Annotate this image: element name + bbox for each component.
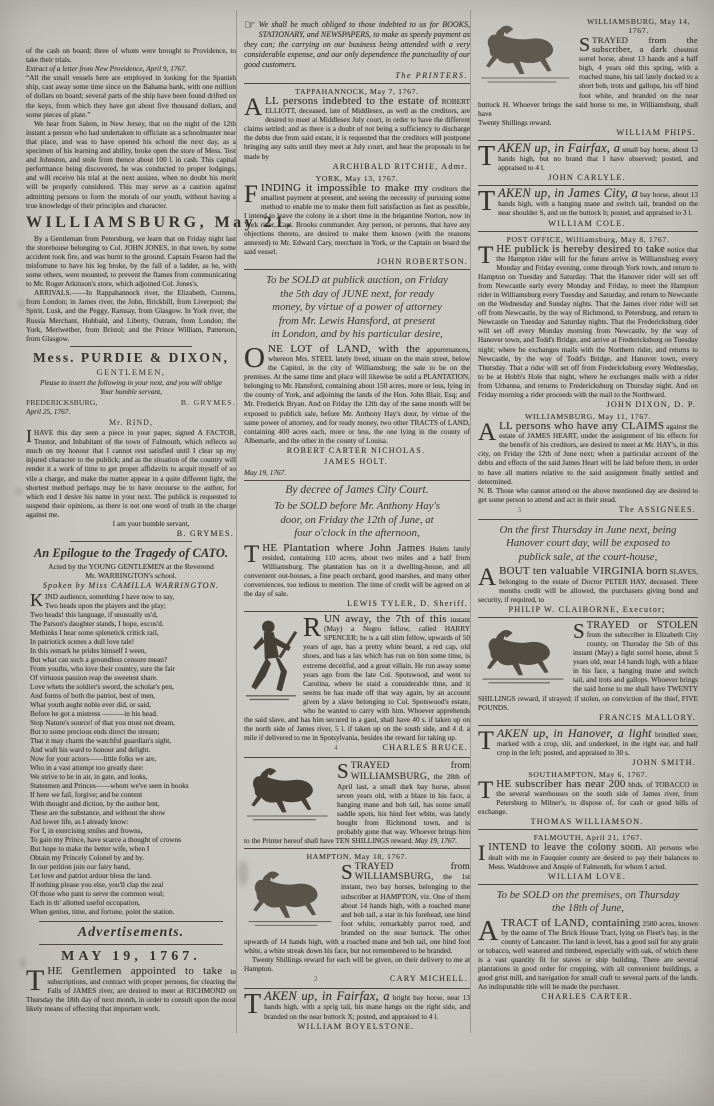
fire-news: By a Gentleman from Petersburg, we learn…: [26, 234, 236, 289]
section-divider: [39, 921, 224, 922]
epilogue-speaker: Spoken by Miss CAMILLA WARRINGTON.: [26, 581, 236, 590]
article-taken-fairfax-carlyle: TAKEN up, in Fairfax, a small bay horse,…: [478, 144, 698, 182]
article-phips-strayed: WILLIAMSBURG, May 14, 1767. STRAYED from…: [478, 17, 698, 137]
article-body: TAKEN up, in James City, a bay horse, ab…: [478, 189, 698, 217]
dateline: HAMPTON, May 18, 1767.: [244, 852, 470, 861]
drop-cap: T: [478, 245, 496, 266]
body-text: Hulets lately resided, containing 110 ac…: [244, 544, 470, 598]
ad-date: May 19, 1767.: [244, 468, 470, 477]
signature: JOHN DIXON, D. P.: [478, 400, 696, 409]
article-tappahannock: TAPPAHANNOCK, May 7, 1767. ALL persons i…: [244, 87, 470, 171]
drop-cap: S: [337, 761, 351, 780]
arrivals-news: ARRIVALS.——In Rappahannock river, the El…: [26, 288, 236, 343]
epilogue-subtitle: Acted by the YOUNG GENTLEMEN at the Reve…: [26, 562, 236, 580]
paper-stain: [18, 300, 25, 309]
horse-woodcut: [244, 763, 332, 830]
drop-cap: T: [244, 992, 264, 1016]
article-strayed-bay-horse: STRAYED from WILLIAMSBURG, the 28th of A…: [244, 761, 470, 845]
rind-salutation: Mr. RIND,: [26, 418, 236, 427]
article-hansford-sale: To be SOLD at publick auction, on Friday…: [244, 274, 470, 477]
ads-date-heading: MAY 19, 1767.: [26, 949, 236, 965]
lead-line: AKEN up, in Hanover, a light: [497, 726, 652, 740]
section-divider: [244, 83, 470, 84]
letter-closing: I am your humble servant,: [66, 519, 236, 528]
article-purdie-letterhead: Mess. PURDIE & DIXON, GENTLEMEN, Please …: [26, 350, 236, 416]
signature: WILLIAM PHIPS.: [478, 128, 696, 137]
column-right: WILLIAMSBURG, May 14, 1767. STRAYED from…: [470, 10, 698, 1033]
body-text: creditors the smallest payment at presen…: [244, 184, 470, 257]
reward-text: Twenty Shillings reward.: [478, 118, 698, 127]
drop-cap: A: [478, 919, 501, 943]
article-runaway-notice: RUN away, the 7th of this instant (May) …: [244, 615, 470, 754]
epilogue-title: An Epilogue to the Tragedy of CATO.: [26, 546, 236, 561]
article-body: IHAVE this day seen a piece in your pape…: [26, 428, 236, 519]
poem-lines: IND audience, something I have now to sa…: [30, 592, 189, 916]
drop-cap: A: [478, 422, 499, 443]
body-text: appurtenances, whereon Mrs. STEEL lately…: [244, 345, 470, 445]
letter-date: April 25, 1767.: [26, 407, 236, 416]
signature: WILLIAM COLE.: [478, 219, 696, 228]
williamsburg-heading: WILLIAMSBURG, May 21.: [26, 214, 236, 232]
article-body: IINTEND to leave the colony soon. All pe…: [478, 843, 698, 870]
sale-headline: On the first Thursday in June next, bein…: [480, 524, 696, 565]
signature: CARY MICHELL.: [390, 974, 468, 983]
pointing-hand-icon: ☞: [244, 20, 259, 32]
drop-cap: S: [341, 862, 355, 881]
section-divider: [244, 848, 470, 849]
article-falmouth-love: FALMOUTH, April 21, 1767. IINTEND to lea…: [478, 833, 698, 880]
drop-cap: T: [244, 544, 262, 565]
horse-woodcut: [478, 19, 574, 94]
horse-woodcut: [478, 623, 568, 692]
drop-cap: A: [244, 97, 265, 118]
article-body: ALL persons indebted to the estate of RO…: [244, 97, 470, 161]
section-divider: [478, 519, 698, 520]
article-rind-letter: Mr. RIND, IHAVE this day seen a piece in…: [26, 418, 236, 538]
article-body: FINDING it impossible to make my credito…: [244, 184, 470, 257]
signature: JOHN CARLYLE.: [478, 173, 696, 182]
sale-headline: To be SOLD at publick auction, on Friday…: [246, 274, 468, 342]
carryover-text: of the cash on board; three of whom were…: [26, 46, 236, 64]
insertion-tally: 5: [518, 506, 522, 514]
paper-stain: [20, 958, 26, 968]
letterhead-row: FREDERICKSBURG, B. GRYMES.: [26, 398, 236, 407]
drop-cap: T: [478, 729, 497, 751]
article-body: ABOUT ten valuable VIRGINIA born SLAVES,…: [478, 567, 698, 603]
salem-news: We hear from Salem, in New Jersey, that …: [26, 119, 236, 210]
nota-bene: N. B. Those who cannot attend on the abo…: [478, 486, 698, 504]
column-layout: of the cash on board; three of whom were…: [26, 10, 702, 1033]
section-divider: [244, 480, 470, 481]
article-cato-epilogue: An Epilogue to the Tragedy of CATO. Acte…: [26, 546, 236, 916]
ad-date: May 19, 1767.: [415, 836, 457, 845]
notice-text: We shall be much obliged to those indebt…: [244, 20, 470, 69]
section-divider: [244, 269, 470, 270]
advertisements-header: Advertisements.: [26, 925, 236, 941]
article-body: TAKEN up, in Fairfax, a small bay horse,…: [478, 144, 698, 172]
section-divider: [70, 346, 192, 347]
lead-line: AKEN up, in Fairfax, a: [264, 989, 390, 1003]
drop-cap: T: [478, 780, 496, 801]
signature: CHARLES CARTER.: [478, 992, 696, 1001]
signature: B. GRYMES.: [26, 529, 234, 538]
article-james-city-sale: By decree of James City Court. To be SOL…: [244, 484, 470, 608]
place-line: FREDERICKSBURG,: [26, 398, 97, 407]
section-divider: [478, 884, 698, 885]
article-body: ONE LOT of LAND, with the appurtenances,…: [244, 345, 470, 445]
signature: ROBERT CARTER NICHOLAS.: [244, 446, 468, 455]
sale-headline: To be SOLD on the premises, on Thursday …: [480, 889, 696, 916]
article-post-office-notice: POST OFFICE, Williamsburg, May 8, 1767. …: [478, 235, 698, 410]
section-divider: [478, 617, 698, 618]
drop-cap: T: [26, 967, 47, 993]
insertion-request: Please to insert the following in your n…: [26, 378, 236, 396]
article-hanover-slave-sale: On the first Thursday in June next, bein…: [478, 524, 698, 614]
article-body: THE publick is hereby desired to take no…: [478, 245, 698, 400]
article-hampton-strayed: HAMPTON, May 18, 1767. STRAYED from WILL…: [244, 852, 470, 985]
signature: WILLIAM BOYELSTONE.: [244, 1022, 468, 1031]
lead-line: AKEN up, in James City, a: [498, 186, 638, 200]
signature: B. GRYMES.: [181, 398, 236, 407]
drop-cap: F: [244, 184, 261, 205]
purdie-dixon-heading: Mess. PURDIE & DIXON,: [26, 350, 236, 366]
drop-cap: S: [579, 36, 592, 54]
printers-body: ☞We shall be much obliged to those indeb…: [244, 20, 470, 70]
section-divider: [478, 231, 698, 232]
section-divider: [244, 611, 470, 612]
paper-stain: [16, 488, 22, 495]
signature: LEWIS TYLER, D. Sheriff.: [244, 599, 468, 608]
sale-headline: To be SOLD before Mr. Anthony Hay's door…: [246, 500, 468, 541]
letter-body: HAVE this day seen a piece in your paper…: [26, 428, 236, 519]
article-body: THE subscriber has near 200 hhds. of TOB…: [478, 780, 698, 816]
section-divider: [70, 541, 192, 542]
article-york-robertson: YORK, May 13, 1767. FINDING it impossibl…: [244, 174, 470, 267]
insertion-tally: 2: [314, 975, 318, 983]
body-text: ROBERT ELLIOTT, deceased, late of Middle…: [244, 97, 470, 161]
drop-cap: A: [478, 567, 499, 588]
signature: WILLIAM LOVE.: [478, 872, 696, 881]
paper-stain: [238, 860, 248, 886]
signature: PHILIP W. CLAIBORNE, Executor;: [478, 605, 696, 614]
decree-headline: By decree of James City Court.: [244, 484, 470, 496]
signature: JOHN SMITH.: [478, 758, 696, 767]
signature: The ASSIGNEES.: [619, 505, 696, 514]
drop-cap: I: [478, 843, 488, 862]
runaway-man-woodcut: [244, 617, 298, 708]
drop-cap: O: [244, 345, 268, 370]
article-body: ATRACT of LAND, containing 2500 acres, k…: [478, 919, 698, 992]
article-body: TAKEN up, in Hanover, a light brindled s…: [478, 729, 698, 757]
article-taken-hanover-smith: TAKEN up, in Hanover, a light brindled s…: [478, 729, 698, 767]
drop-cap: I: [26, 428, 34, 444]
article-james-falls: THE Gentlemen appointed to take in subsc…: [26, 967, 236, 1012]
horse-woodcut: [244, 864, 336, 935]
poem-text: KIND audience, something I have now to s…: [30, 592, 236, 916]
drop-cap: T: [478, 189, 498, 213]
article-southampton-tobacco: SOUTHAMPTON, May 6, 1767. THE subscriber…: [478, 770, 698, 826]
article-body: ALL persons who have any CLAIMS against …: [478, 422, 698, 486]
section-divider: [244, 757, 470, 758]
article-printers-notice: ☞We shall be much obliged to those indeb…: [244, 20, 470, 80]
section-divider: [478, 829, 698, 830]
body-text: against the estate of JAMES HEART, under…: [478, 422, 698, 486]
article-heart-claims: WILLIAMSBURG, May 11, 1767. ALL persons …: [478, 412, 698, 516]
body-text: notice that the Hampton rider will for t…: [478, 245, 698, 400]
extract-heading: Extract of a letter from New Providence,…: [26, 64, 236, 73]
drop-cap: T: [478, 144, 498, 168]
reward-text: Twenty Shillings reward for each will be…: [244, 955, 470, 973]
signature: FRANCIS MALLORY.: [478, 713, 696, 722]
signature: CHARLES BRUCE.: [383, 743, 469, 752]
signature: JOHN ROBERTSON.: [244, 257, 468, 266]
drop-cap: S: [573, 621, 587, 640]
article-taken-fairfax-boyelstone: TAKEN up, in Fairfax, a bright bay horse…: [244, 992, 470, 1030]
section-divider: [39, 944, 224, 945]
salutation: GENTLEMEN,: [26, 367, 236, 377]
insertion-tally: 4: [334, 744, 338, 752]
column-left: of the cash on board; three of whom were…: [26, 10, 236, 1033]
column-middle: ☞We shall be much obliged to those indeb…: [236, 10, 470, 1033]
signature: JAMES HOLT.: [244, 457, 468, 466]
article-mallory-strayed: STRAYED or STOLEN from the subscriber in…: [478, 621, 698, 722]
article-taken-james-city-cole: TAKEN up, in James City, a bay horse, ab…: [478, 189, 698, 227]
body-text: 2500 acres, known by the name of The Bri…: [478, 919, 698, 992]
article-body: TAKEN up, in Fairfax, a bright bay horse…: [244, 992, 470, 1020]
lead-line: AKEN up, in Fairfax, a: [498, 141, 620, 155]
signature: ARCHIBALD RITCHIE, Admr.: [244, 162, 468, 171]
extract-body: “All the small vessels here are employed…: [26, 73, 236, 118]
signature: The PRINTERS.: [244, 71, 468, 80]
drop-cap: R: [303, 615, 324, 638]
drop-cap: K: [30, 592, 45, 608]
article-carter-land-sale: To be SOLD on the premises, on Thursday …: [478, 889, 698, 1002]
newspaper-page: of the cash on board; three of whom were…: [0, 0, 714, 1106]
signature: THOMAS WILLIAMSON.: [478, 817, 696, 826]
article-body: THE Plantation where John James Hulets l…: [244, 544, 470, 599]
